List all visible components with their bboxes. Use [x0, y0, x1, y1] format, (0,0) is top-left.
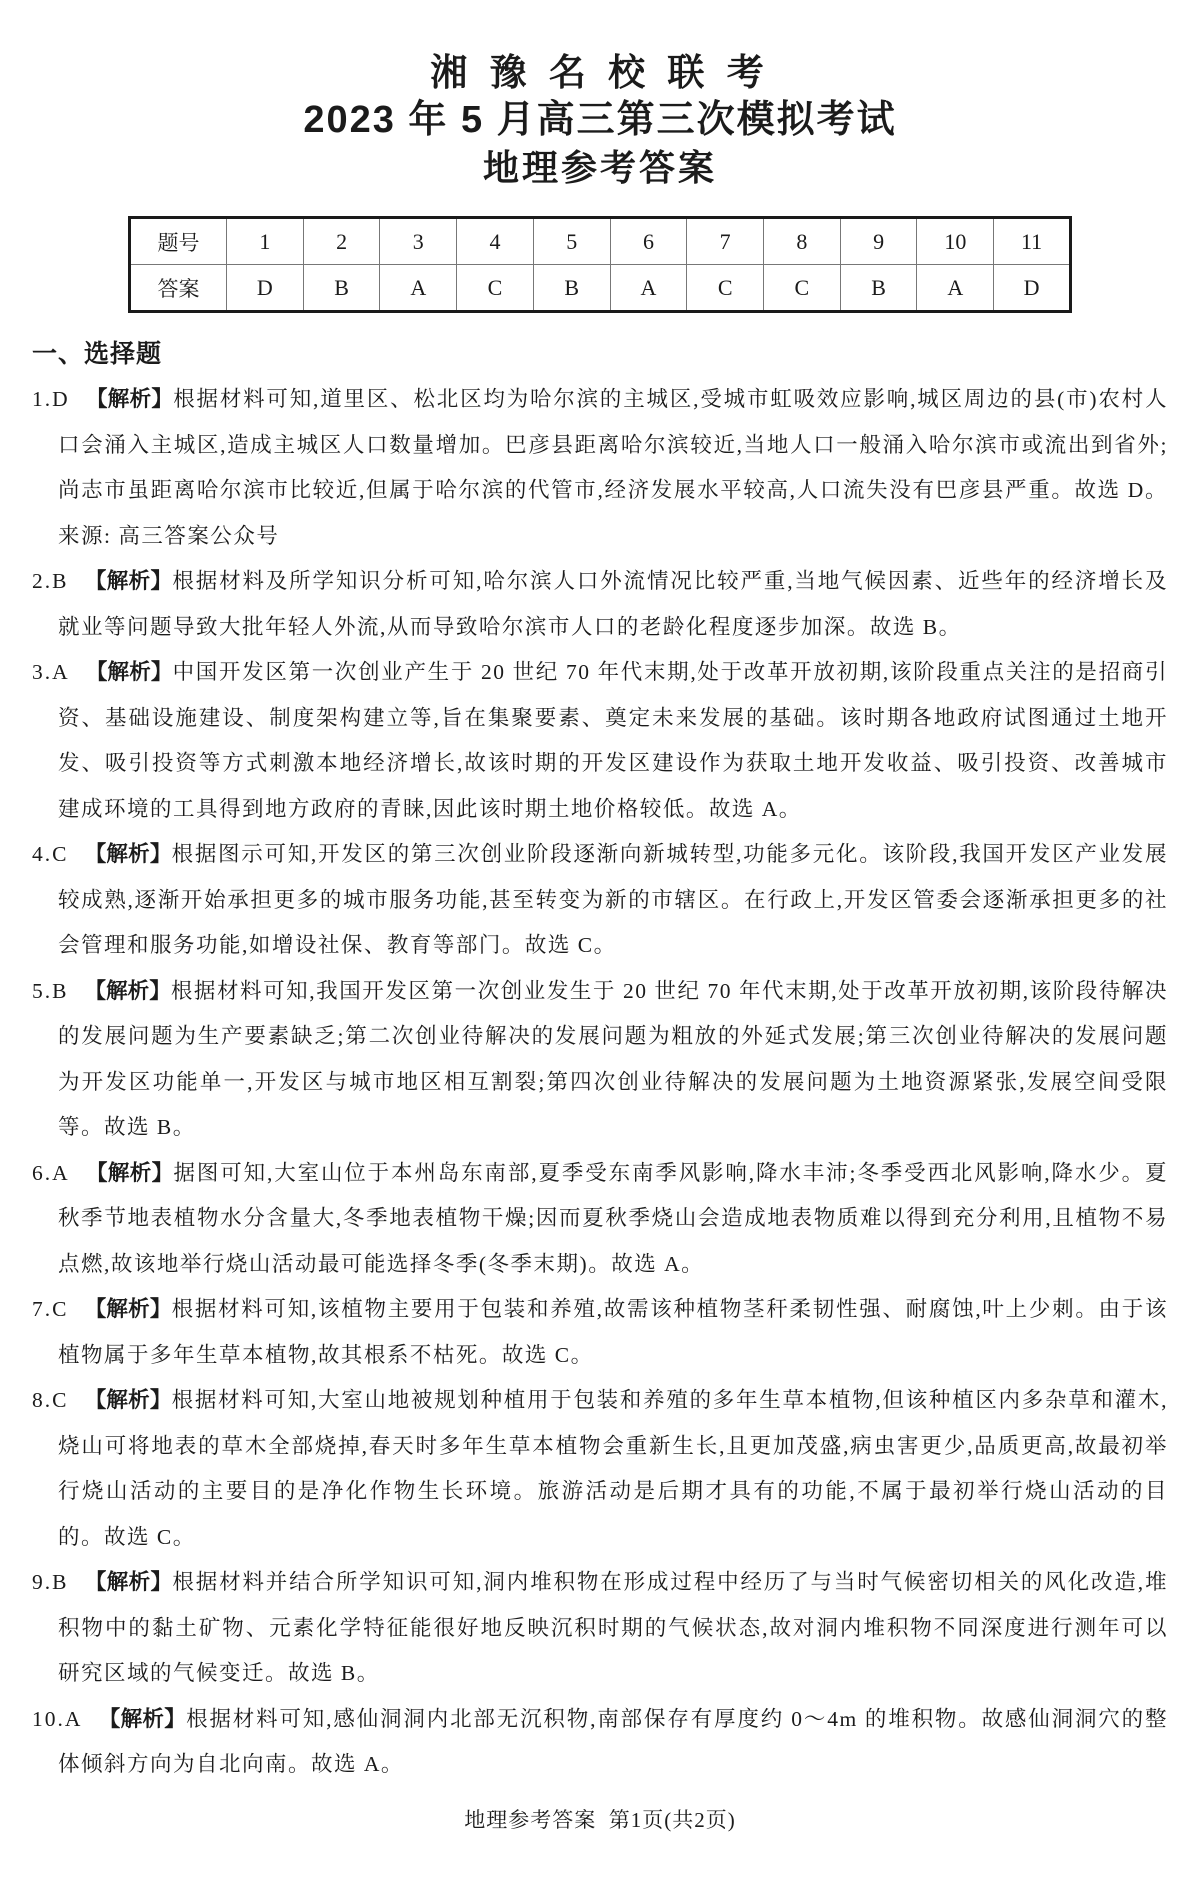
question-number-cell: 9: [840, 218, 917, 265]
analysis-text: 根据材料可知,大室山地被规划种植用于包装和养殖的多年生草本植物,但该种植区内多杂…: [58, 1388, 1168, 1549]
exam-session-title: 2023 年 5 月高三第三次模拟考试: [32, 96, 1168, 144]
analysis-tag: 【解析】: [98, 1707, 186, 1731]
answer-sheet-page: 湘 豫 名 校 联 考 2023 年 5 月高三第三次模拟考试 地理参考答案 题…: [0, 0, 1200, 1894]
exam-name-title: 湘 豫 名 校 联 考: [32, 50, 1168, 96]
explanation-item-10: 10.A【解析】根据材料可知,感仙洞洞内北部无沉积物,南部保存有厚度约 0～4m…: [32, 1697, 1168, 1788]
question-number-cell: 4: [457, 218, 534, 265]
question-answer-label: 7.C: [32, 1297, 68, 1321]
analysis-tag: 【解析】: [86, 1161, 174, 1185]
question-number-cell: 2: [303, 218, 380, 265]
answer-row-label: 答案: [130, 265, 227, 312]
question-number-cell: 8: [764, 218, 841, 265]
question-number-cell: 7: [687, 218, 764, 265]
question-number-cell: 6: [610, 218, 687, 265]
answer-cell: B: [303, 265, 380, 312]
analysis-text: 根据材料并结合所学知识可知,洞内堆积物在形成过程中经历了与当时气候密切相关的风化…: [58, 1570, 1168, 1685]
answer-cell: D: [994, 265, 1071, 312]
analysis-tag: 【解析】: [84, 569, 172, 593]
document-header: 湘 豫 名 校 联 考 2023 年 5 月高三第三次模拟考试 地理参考答案: [32, 50, 1168, 192]
analysis-tag: 【解析】: [84, 1297, 171, 1321]
question-answer-label: 5.B: [32, 979, 68, 1003]
answer-cell: C: [457, 265, 534, 312]
answer-cell: A: [917, 265, 994, 312]
analysis-tag: 【解析】: [84, 1570, 172, 1594]
answer-cell: C: [764, 265, 841, 312]
explanation-item-7: 7.C【解析】根据材料可知,该植物主要用于包装和养殖,故需该种植物茎秆柔韧性强、…: [32, 1287, 1168, 1378]
answer-cell: D: [227, 265, 304, 312]
analysis-tag: 【解析】: [84, 979, 170, 1003]
page-footer: 地理参考答案 第1页(共2页): [32, 1804, 1168, 1894]
explanation-item-2: 2.B【解析】根据材料及所学知识分析可知,哈尔滨人口外流情况比较严重,当地气候因…: [32, 559, 1168, 650]
explanation-item-8: 8.C【解析】根据材料可知,大室山地被规划种植用于包装和养殖的多年生草本植物,但…: [32, 1378, 1168, 1560]
explanation-item-5: 5.B【解析】根据材料可知,我国开发区第一次创业发生于 20 世纪 70 年代末…: [32, 969, 1168, 1151]
answer-cell: A: [380, 265, 457, 312]
question-number-cell: 5: [533, 218, 610, 265]
question-number-cell: 3: [380, 218, 457, 265]
explanation-item-6: 6.A【解析】据图可知,大室山位于本州岛东南部,夏季受东南季风影响,降水丰沛;冬…: [32, 1151, 1168, 1288]
question-answer-label: 4.C: [32, 842, 68, 866]
question-number-row: 题号 1 2 3 4 5 6 7 8 9 10 11: [130, 218, 1071, 265]
question-answer-label: 1.D: [32, 387, 70, 411]
question-answer-label: 6.A: [32, 1161, 70, 1185]
question-number-row-label: 题号: [130, 218, 227, 265]
analysis-tag: 【解析】: [84, 1388, 171, 1412]
answer-key-table: 题号 1 2 3 4 5 6 7 8 9 10 11 答案 D B A C B …: [128, 216, 1072, 313]
question-number-cell: 11: [994, 218, 1071, 265]
analysis-text: 根据材料可知,感仙洞洞内北部无沉积物,南部保存有厚度约 0～4m 的堆积物。故感…: [58, 1707, 1168, 1777]
explanation-item-9: 9.B【解析】根据材料并结合所学知识可知,洞内堆积物在形成过程中经历了与当时气候…: [32, 1560, 1168, 1697]
explanation-list: 1.D【解析】根据材料可知,道里区、松北区均为哈尔滨的主城区,受城市虹吸效应影响…: [32, 377, 1168, 1788]
answer-cell: C: [687, 265, 764, 312]
question-answer-label: 8.C: [32, 1388, 68, 1412]
analysis-tag: 【解析】: [84, 842, 171, 866]
analysis-text: 根据材料可知,该植物主要用于包装和养殖,故需该种植物茎秆柔韧性强、耐腐蚀,叶上少…: [58, 1297, 1168, 1367]
analysis-text: 根据图示可知,开发区的第三次创业阶段逐渐向新城转型,功能多元化。该阶段,我国开发…: [58, 842, 1168, 957]
question-number-cell: 1: [227, 218, 304, 265]
question-answer-label: 3.A: [32, 660, 70, 684]
analysis-tag: 【解析】: [86, 387, 174, 411]
answer-cell: B: [533, 265, 610, 312]
answer-cell: A: [610, 265, 687, 312]
section-heading-multiple-choice: 一、选择题: [32, 337, 1168, 371]
analysis-text: 根据材料及所学知识分析可知,哈尔滨人口外流情况比较严重,当地气候因素、近些年的经…: [58, 569, 1168, 639]
analysis-text: 中国开发区第一次创业产生于 20 世纪 70 年代末期,处于改革开放初期,该阶段…: [58, 660, 1168, 821]
analysis-text: 据图可知,大室山位于本州岛东南部,夏季受东南季风影响,降水丰沛;冬季受西北风影响…: [58, 1161, 1168, 1276]
analysis-text: 根据材料可知,道里区、松北区均为哈尔滨的主城区,受城市虹吸效应影响,城区周边的县…: [58, 387, 1168, 548]
answer-cell: B: [840, 265, 917, 312]
explanation-item-3: 3.A【解析】中国开发区第一次创业产生于 20 世纪 70 年代末期,处于改革开…: [32, 650, 1168, 832]
analysis-tag: 【解析】: [86, 660, 173, 684]
question-answer-label: 10.A: [32, 1707, 82, 1731]
subject-title: 地理参考答案: [32, 144, 1168, 192]
question-answer-label: 2.B: [32, 569, 68, 593]
answer-row: 答案 D B A C B A C C B A D: [130, 265, 1071, 312]
explanation-item-1: 1.D【解析】根据材料可知,道里区、松北区均为哈尔滨的主城区,受城市虹吸效应影响…: [32, 377, 1168, 559]
question-number-cell: 10: [917, 218, 994, 265]
analysis-text: 根据材料可知,我国开发区第一次创业发生于 20 世纪 70 年代末期,处于改革开…: [58, 979, 1168, 1140]
question-answer-label: 9.B: [32, 1570, 68, 1594]
explanation-item-4: 4.C【解析】根据图示可知,开发区的第三次创业阶段逐渐向新城转型,功能多元化。该…: [32, 832, 1168, 969]
